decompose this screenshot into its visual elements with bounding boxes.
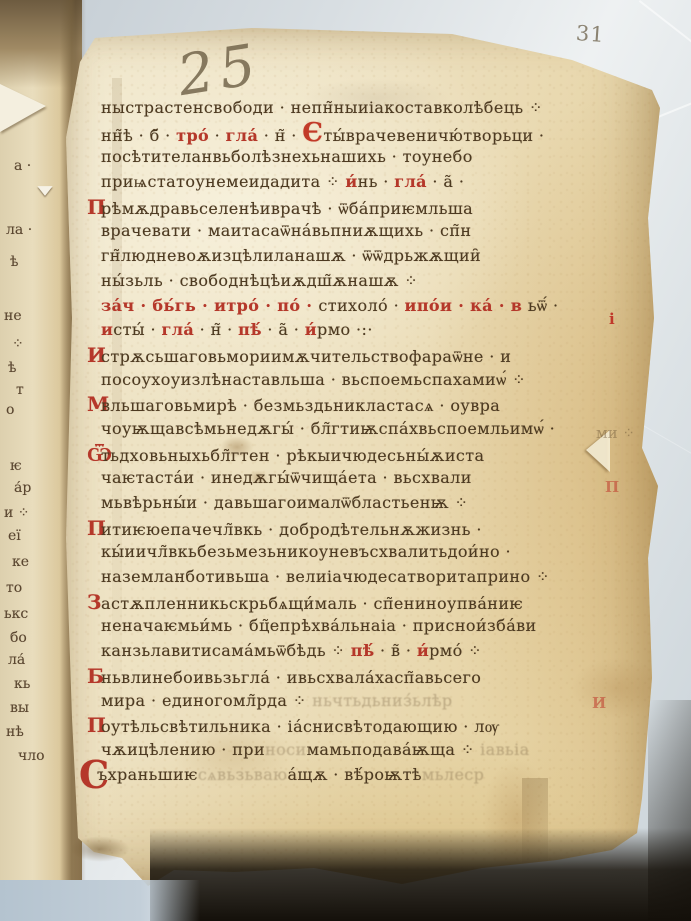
ink-text: приѩстатоунемеидадита ⁘ bbox=[101, 172, 345, 191]
spine-text-fragment: чло bbox=[18, 748, 45, 764]
spine-text-fragment: ѥ bbox=[10, 458, 22, 474]
text-line: исты́ · гла́ · н̃ · пѣ́ · а̃ · и́рмо ·:· bbox=[101, 318, 613, 343]
rubric-initial: Б bbox=[87, 664, 93, 689]
text-line: Бньвлинебоивьзьгла́ · ивьсхвала́хасп̃авь… bbox=[101, 664, 613, 689]
ink-text: чоуѭщавсѣмьнедѫгы́ · бл̃гтиѭспа́хвьспоем… bbox=[101, 419, 555, 438]
rubric-initial: Ѿ bbox=[87, 442, 93, 467]
ink-text: сѧвьзьваю bbox=[198, 765, 288, 784]
ink-text: · bbox=[209, 126, 225, 145]
text-line: за́ч · бь́гь · итро́ · по́ · стихоло́ · … bbox=[101, 294, 613, 319]
rubric-text: пѣ́ bbox=[238, 320, 262, 339]
ink-text: сты́ · bbox=[113, 320, 161, 339]
ink-text: рмо́ ⁘ bbox=[429, 641, 482, 660]
rubric-text: за́ч · бь́гь · итро́ · по́ · bbox=[101, 296, 318, 315]
text-line: посѣтителанвьболѣзнехьнашихь · тоунебо bbox=[101, 145, 613, 170]
spine-text-fragment: еї bbox=[8, 528, 21, 544]
text-line: Прѣмѫдравьселенѣиврачѣ · ѿба́приѥмльша bbox=[101, 195, 613, 220]
ink-text: ныстрастенсвободи · непн̃ныиіакоставколѣ… bbox=[101, 98, 543, 117]
text-line: нн̃ѣ · б̃ · тро́ · гла́ · н̃ · Єты́враче… bbox=[101, 121, 613, 146]
ink-text: оутѣльсвѣтильника · іа́снисвѣтодающию · … bbox=[101, 717, 499, 736]
rubric-initial: З bbox=[87, 590, 93, 615]
rubric-initial: И bbox=[87, 343, 93, 368]
ink-text: стихоло́ · bbox=[318, 296, 404, 315]
spine-text-fragment: ѣ bbox=[8, 360, 16, 376]
ink-text: носи bbox=[265, 740, 307, 759]
text-line: Ѿтьдховьныхьбл̃гтен · рѣкыичюдесьны́ѫист… bbox=[101, 442, 613, 467]
rubric-initial: П bbox=[87, 195, 93, 220]
corner-folio-number: 31 bbox=[575, 21, 605, 47]
margin-mark: И bbox=[592, 694, 606, 712]
text-line: чѫицѣлению · приносимамьподава́ѭща ⁘ іав… bbox=[101, 738, 613, 763]
rubric-initial: М bbox=[87, 392, 93, 417]
spine-text-fragment: ькс bbox=[4, 606, 28, 622]
spine-text-fragment: бо bbox=[10, 630, 27, 646]
ink-text: ньвлинебоивьзьгла́ · ивьсхвала́хасп̃авьс… bbox=[101, 668, 481, 687]
ink-text: чѫицѣлению · при bbox=[101, 740, 265, 759]
ink-text: · в̃ · bbox=[375, 641, 417, 660]
text-line: Застѫпленникьскрьбѧщи́маль · сп̃ениноупв… bbox=[101, 590, 613, 615]
text-line: Истрѫсьшаговьмориимѫчительствофараѿне · … bbox=[101, 343, 613, 368]
background-scratch bbox=[639, 0, 691, 57]
ink-text: нн̃ѣ · б̃ · bbox=[101, 126, 176, 145]
text-line: наземланботивьша · велиіачюдесатворитапр… bbox=[101, 565, 613, 590]
ink-text: а́щѫ · bbox=[287, 765, 344, 784]
spine-text-fragment: а́р bbox=[14, 480, 31, 496]
spine-text-fragment: и ⁘ bbox=[4, 505, 30, 521]
text-line: мира · единогомл̃рда ⁘ ньчтьдьниз́ьлѣр bbox=[101, 689, 613, 714]
text-line: врачевати · маитасаѿна́вьпниѫщихь · сп̃н bbox=[101, 219, 613, 244]
text-line: Мвльшаговьмирѣ · безмьздьникластасѧ · оу… bbox=[101, 392, 613, 417]
rubric-text: Є bbox=[302, 118, 323, 148]
ink-text: стрѫсьшаговьмориимѫчительствофараѿне · и bbox=[101, 347, 511, 366]
table-shadow-right bbox=[648, 700, 691, 921]
rubric-text: тро́ bbox=[176, 126, 209, 145]
ink-text: канзьлавитисама́мьѿбѣдь ⁘ bbox=[101, 641, 351, 660]
table-surface-bottom-left bbox=[0, 880, 200, 921]
text-line: Съхраньшиѥсѧвьзьваюа́щѫ · вѣ́роѭтѣмьлеср bbox=[101, 763, 613, 788]
ink-text: мамьподава́ѭща ⁘ bbox=[307, 740, 475, 759]
spine-text-fragment: ѣ bbox=[10, 254, 18, 270]
text-line: чоуѭщавсѣмьнедѫгы́ · бл̃гтиѭспа́хвьспоем… bbox=[101, 417, 613, 442]
spine-text-fragment: ла · bbox=[6, 222, 32, 238]
text-line: канзьлавитисама́мьѿбѣдь ⁘ пѣ́ · в̃ · и́р… bbox=[101, 639, 613, 664]
ink-text: ньчтьдьниз́ьлѣр bbox=[312, 691, 453, 710]
text-line: приѩстатоунемеидадита ⁘ и́нь · гла́ · а̃… bbox=[101, 170, 613, 195]
ink-text: посоухоуизлѣнаставльша · вьспоемьспахами… bbox=[101, 370, 526, 389]
text-line: ны́зьль · свободнѣцѣиѫдш̃ѫнашѫ ⁘ bbox=[101, 269, 613, 294]
ink-text: ны́зьль · свободнѣцѣиѫдш̃ѫнашѫ ⁘ bbox=[101, 271, 418, 290]
rubric-text: ипо́и · ка́ · в bbox=[405, 296, 523, 315]
ink-text: гн̃людневоѫизцѣлиланашѫ · ѿѿдрьжѫщии̑ bbox=[101, 246, 481, 265]
text-line: чаѥтаста́и · инедѫгы́ѿчища́ета · вьсхвал… bbox=[101, 466, 613, 491]
ink-text: ты́врачевеничю́творьци · bbox=[323, 126, 544, 145]
ink-text: наземланботивьша · велиіачюдесатворитапр… bbox=[101, 567, 550, 586]
spine-text-fragment: ке bbox=[12, 554, 29, 570]
ink-text: · а̃ · bbox=[262, 320, 305, 339]
ink-text: посѣтителанвьболѣзнехьнашихь · тоунебо bbox=[101, 147, 473, 166]
ink-text: рѣмѫдравьселенѣиврачѣ · ѿба́приѥмльша bbox=[101, 199, 473, 218]
margin-mark: П bbox=[605, 478, 619, 496]
ink-text: мира · единогомл̃рда ⁘ bbox=[101, 691, 312, 710]
spine-text-fragment: т bbox=[16, 382, 24, 398]
rubric-text: и́ bbox=[305, 320, 317, 339]
spine-text-fragment: кь bbox=[14, 676, 30, 692]
text-line: гн̃людневоѫизцѣлиланашѫ · ѿѿдрьжѫщии̑ bbox=[101, 244, 613, 269]
rubric-text: пѣ́ bbox=[351, 641, 375, 660]
ink-text: · н̃ · bbox=[194, 320, 238, 339]
rubric-text: и bbox=[101, 320, 113, 339]
ink-text: чаѥтаста́и · инедѫгы́ѿчища́ета · вьсхвал… bbox=[101, 468, 472, 487]
margin-mark: ми ⁘ bbox=[596, 424, 635, 442]
page-fold-triangle bbox=[0, 84, 46, 132]
text-line: посоухоуизлѣнаставльша · вьспоемьспахами… bbox=[101, 368, 613, 393]
margin-mark: і bbox=[609, 310, 615, 328]
ink-text: іавьіа bbox=[475, 740, 530, 759]
spine-text-fragment: не bbox=[4, 308, 22, 324]
spine-text-fragment: вы bbox=[10, 700, 29, 716]
ink-text: итиѥюепачечл̃вкь · добродѣтельнѫжизнь · bbox=[101, 520, 482, 539]
rubric-text: и́ bbox=[345, 172, 357, 191]
ink-text: тьдховьныхьбл̃гтен · рѣкыичюдесьны́ѫиста bbox=[101, 446, 484, 465]
ink-text: астѫпленникьскрьбѧщи́маль · сп̃ениноупва… bbox=[101, 594, 523, 613]
ink-text: ъхраньшиѥ bbox=[97, 765, 198, 784]
text-line: кы́иичл̃вкьбезьмезьникоуневъсхвалитьдои́… bbox=[101, 540, 613, 565]
ink-text: врачевати · маитасаѿна́вьпниѫщихь · сп̃н bbox=[101, 221, 471, 240]
spine-text-fragment: ла́ bbox=[8, 652, 25, 668]
spine-text-fragment: а · bbox=[14, 158, 31, 174]
text-line: мьвѣрьны́и · давьшагоималѿбластьенѭ ⁘ bbox=[101, 491, 613, 516]
ink-text: рмо ·:· bbox=[317, 320, 373, 339]
rubric-text: гла́ bbox=[226, 126, 259, 145]
manuscript-photograph: 25 31 ныстрастенсвободи · непн̃ныиіакост… bbox=[0, 0, 691, 921]
spine-text-fragment: ⁘ bbox=[12, 336, 24, 352]
text-line: Питиѥюепачечл̃вкь · добродѣтельнѫжизнь · bbox=[101, 516, 613, 541]
ink-text: вльшаговьмирѣ · безмьздьникластасѧ · оув… bbox=[101, 396, 500, 415]
spine-text-fragment: то bbox=[6, 580, 22, 596]
rubric-text: и́ bbox=[417, 641, 429, 660]
ink-text: нь · bbox=[358, 172, 395, 191]
ink-text: ьѿ́ · bbox=[522, 296, 558, 315]
rubric-text: гла́ bbox=[394, 172, 427, 191]
ink-text: · а̃ · bbox=[427, 172, 464, 191]
ink-text: кы́иичл̃вкьбезьмезьникоуневъсхвалитьдои́… bbox=[101, 542, 511, 561]
ink-text: неначаѥмьи́мь · бц̃епрѣхва́льнаіа · прис… bbox=[101, 616, 537, 635]
spine-text-fragment: нѣ bbox=[6, 724, 24, 740]
text-block: ныстрастенсвободи · непн̃ныиіакоставколѣ… bbox=[101, 96, 613, 787]
ink-text: мьлеср bbox=[422, 765, 484, 784]
gutter-notch bbox=[37, 186, 52, 196]
table-shadow bbox=[150, 828, 691, 921]
text-line: Поутѣльсвѣтильника · іа́снисвѣтодающию ·… bbox=[101, 713, 613, 738]
rubric-initial: П bbox=[87, 516, 93, 541]
ink-text: вѣ́роѭтѣ bbox=[344, 765, 422, 784]
rubric-text: гла́ bbox=[162, 320, 195, 339]
bottom-tear-shadow bbox=[70, 836, 130, 862]
ink-text: мьвѣрьны́и · давьшагоималѿбластьенѭ ⁘ bbox=[101, 493, 468, 512]
rubric-initial: П bbox=[87, 713, 93, 738]
text-line: неначаѥмьи́мь · бц̃епрѣхва́льнаіа · прис… bbox=[101, 614, 613, 639]
ink-text: · н̃ · bbox=[258, 126, 302, 145]
text-line: ныстрастенсвободи · непн̃ныиіакоставколѣ… bbox=[101, 96, 613, 121]
spine-text-fragment: о bbox=[6, 402, 14, 418]
rubric-initial: С bbox=[79, 763, 85, 788]
